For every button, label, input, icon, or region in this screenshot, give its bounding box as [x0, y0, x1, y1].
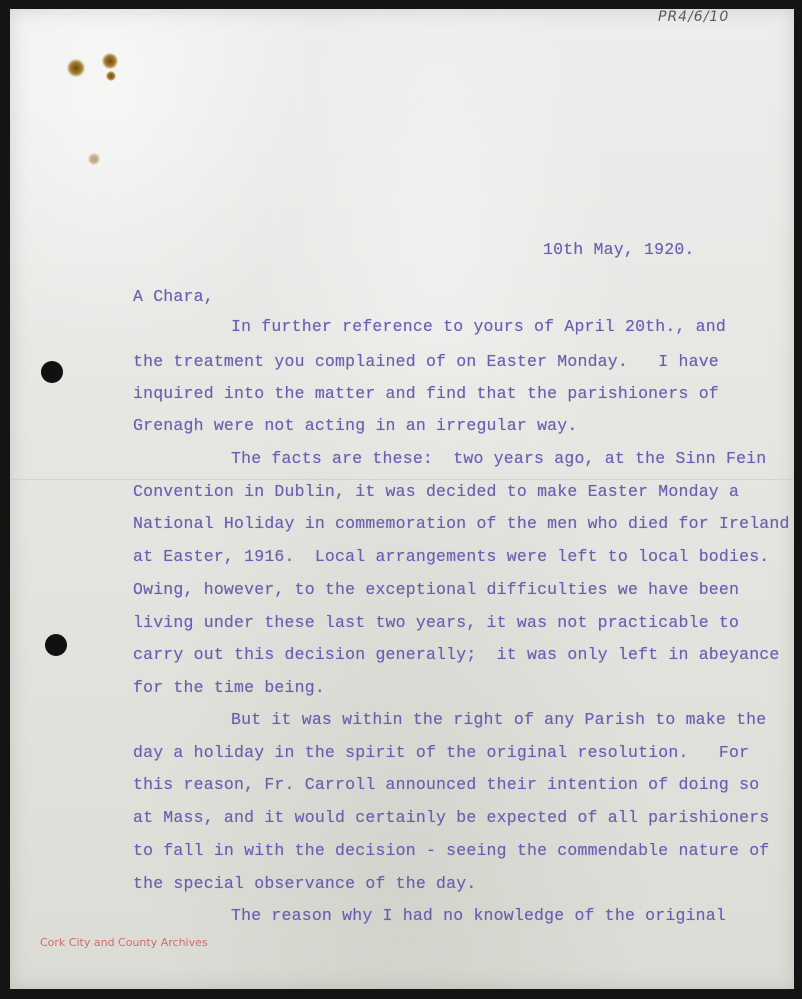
punch-hole-lower [45, 634, 67, 656]
document-scan: PR4/6/10 10th May, 1920. A Chara, In fur… [0, 0, 802, 999]
body-line: the special observance of the day. [133, 874, 476, 893]
body-line: But it was within the right of any Paris… [231, 710, 766, 729]
body-line: In further reference to yours of April 2… [231, 317, 726, 336]
body-line: day a holiday in the spirit of the origi… [133, 743, 749, 762]
body-line: Owing, however, to the exceptional diffi… [133, 580, 739, 599]
body-line: inquired into the matter and find that t… [133, 384, 719, 403]
body-line: to fall in with the decision - seeing th… [133, 841, 769, 860]
body-line: Convention in Dublin, it was decided to … [133, 482, 739, 501]
paper-fold-line [10, 479, 794, 480]
rust-stain [67, 59, 85, 77]
body-line: at Easter, 1916. Local arrangements were… [133, 547, 769, 566]
body-line: the treatment you complained of on Easte… [133, 352, 719, 371]
body-line: this reason, Fr. Carroll announced their… [133, 775, 759, 794]
body-line: The reason why I had no knowledge of the… [231, 906, 726, 925]
rust-stain [106, 71, 116, 81]
body-line: at Mass, and it would certainly be expec… [133, 808, 769, 827]
letter-salutation: A Chara, [133, 287, 214, 306]
punch-hole-upper [41, 361, 63, 383]
body-line: Grenagh were not acting in an irregular … [133, 416, 577, 435]
body-line: living under these last two years, it wa… [133, 613, 739, 632]
body-line: National Holiday in commemoration of the… [133, 514, 790, 533]
rust-stain [102, 53, 118, 69]
archive-watermark-label: Cork City and County Archives [40, 936, 208, 949]
body-line: The facts are these: two years ago, at t… [231, 449, 766, 468]
letter-date: 10th May, 1920. [543, 240, 695, 259]
body-line: carry out this decision generally; it wa… [133, 645, 780, 664]
rust-stain [88, 153, 100, 165]
archive-reference-mark: PR4/6/10 [658, 9, 729, 25]
body-line: for the time being. [133, 678, 325, 697]
